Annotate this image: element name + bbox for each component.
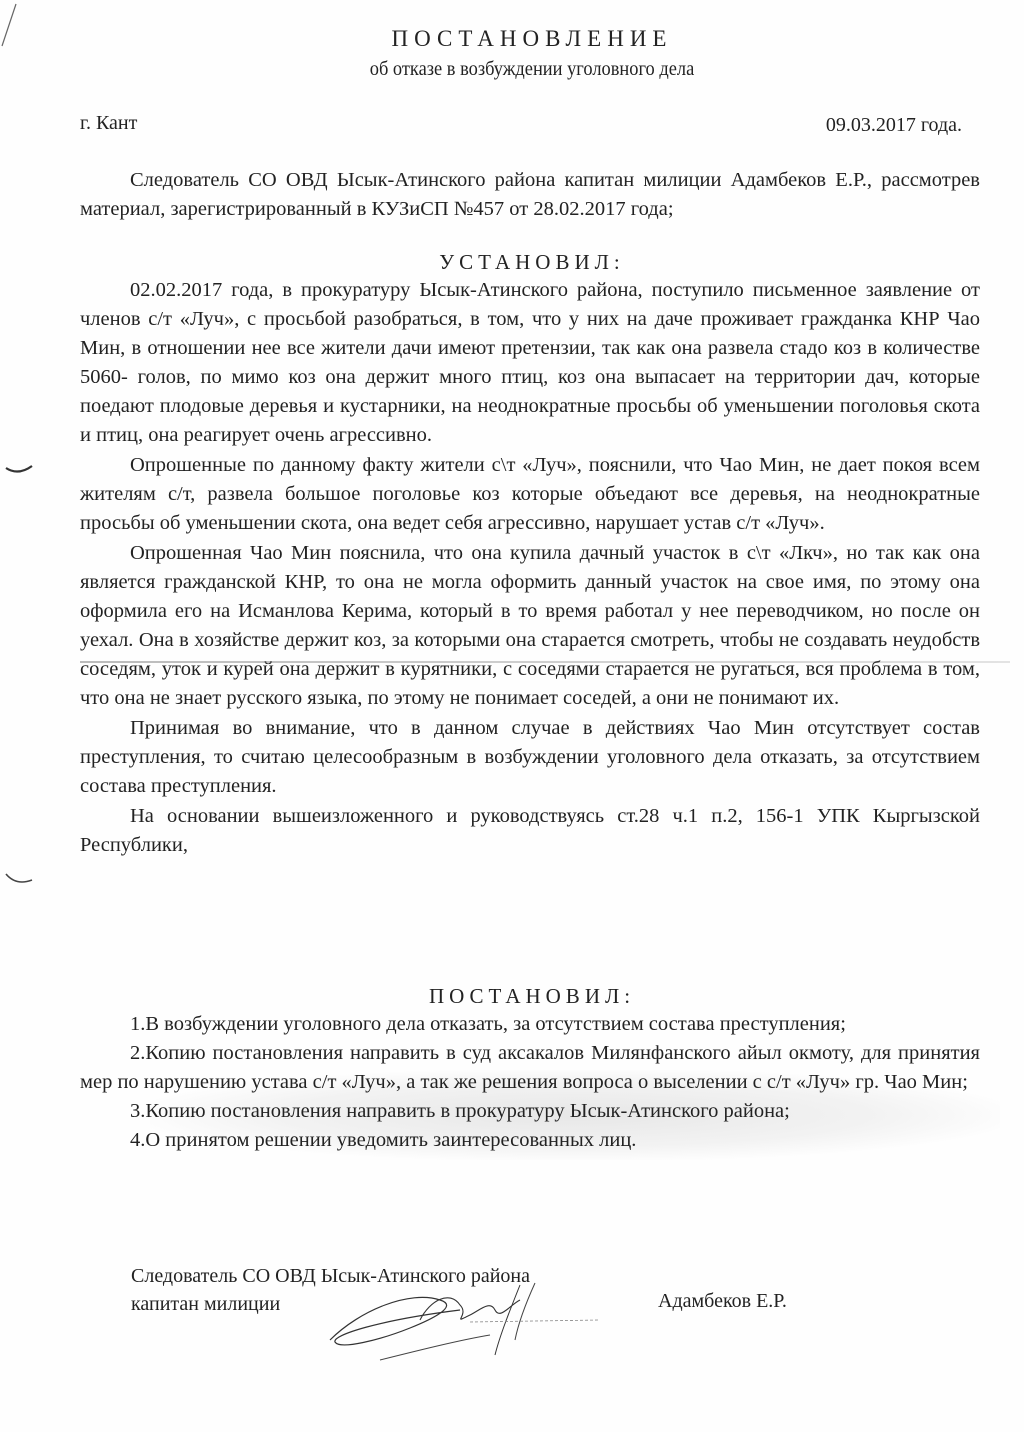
decided-item: 1.В возбуждении уголовного дела отказать… bbox=[80, 1010, 980, 1039]
established-paragraph: Опрошенная Чао Мин пояснила, что она куп… bbox=[80, 539, 980, 713]
established-section: 02.02.2017 года, в прокуратуру Ысык-Атин… bbox=[80, 276, 980, 861]
established-paragraph: Принимая во внимание, что в данном случа… bbox=[80, 714, 980, 801]
intro-text: Следователь СО ОВД Ысык-Атинского района… bbox=[80, 166, 980, 224]
intro-paragraph: Следователь СО ОВД Ысык-Атинского района… bbox=[80, 166, 980, 224]
hole-punch-mark bbox=[4, 464, 34, 478]
document-date: 09.03.2017 года. bbox=[826, 114, 962, 137]
document-place: г. Кант bbox=[80, 112, 137, 135]
established-paragraph: 02.02.2017 года, в прокуратуру Ысык-Атин… bbox=[80, 276, 980, 450]
signatory-name: Адамбеков Е.Р. bbox=[658, 1290, 787, 1313]
decided-heading: ПОСТАНОВИЛ: bbox=[0, 984, 1024, 1009]
established-heading: УСТАНОВИЛ: bbox=[0, 250, 1024, 275]
decided-section: 1.В возбуждении уголовного дела отказать… bbox=[80, 1010, 980, 1155]
scan-artifact-line bbox=[80, 661, 1010, 663]
decided-item: 4.О принятом решении уведомить заинтерес… bbox=[80, 1126, 980, 1155]
document-title: ПОСТАНОВЛЕНИЕ bbox=[0, 26, 1024, 52]
established-paragraph: На основании вышеизложенного и руководст… bbox=[80, 802, 980, 860]
decided-item: 3.Копию постановления направить в прокур… bbox=[80, 1097, 980, 1126]
hole-punch-mark bbox=[4, 872, 34, 886]
handwritten-signature bbox=[320, 1280, 610, 1370]
decided-item: 2.Копию постановления направить в суд ак… bbox=[80, 1039, 980, 1097]
scanned-document-page: ПОСТАНОВЛЕНИЕ об отказе в возбуждении уг… bbox=[0, 0, 1024, 1432]
established-paragraph: Опрошенные по данному факту жители с\т «… bbox=[80, 451, 980, 538]
document-subtitle: об отказе в возбуждении уголовного дела bbox=[43, 58, 1022, 81]
